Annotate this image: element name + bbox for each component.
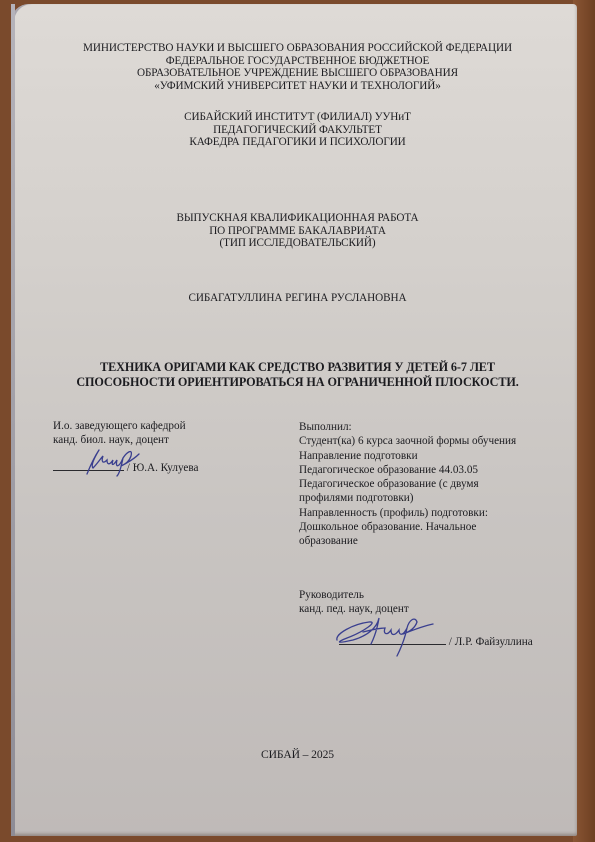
institute-line: КАФЕДРА ПЕДАГОГИКИ И ПСИХОЛОГИИ [0,136,595,149]
institute-line: СИБАЙСКИЙ ИНСТИТУТ (ФИЛИАЛ) УУНиТ [0,111,595,124]
supervisor-position: Руководитель [299,589,579,603]
head-of-department-block: И.о. заведующего кафедрой канд. биол. на… [53,420,303,476]
work-type: ВЫПУСКНАЯ КВАЛИФИКАЦИОННАЯ РАБОТА ПО ПРО… [0,212,595,250]
ministry-line: МИНИСТЕРСТВО НАУКИ И ВЫСШЕГО ОБРАЗОВАНИЯ… [0,42,595,55]
work-type-line: ВЫПУСКНАЯ КВАЛИФИКАЦИОННАЯ РАБОТА [0,212,595,225]
signature-line [53,458,124,471]
ministry-line: ОБРАЗОВАТЕЛЬНОЕ УЧРЕЖДЕНИЕ ВЫСШЕГО ОБРАЗ… [0,67,595,80]
institute-header: СИБАЙСКИЙ ИНСТИТУТ (ФИЛИАЛ) УУНиТ ПЕДАГО… [0,111,595,149]
thesis-title-line: СПОСОБНОСТИ ОРИЕНТИРОВАТЬСЯ НА ОГРАНИЧЕН… [0,375,595,390]
signature-line [339,632,446,645]
performed-by-block: Выполнил: Студент(ка) 6 курса заочной фо… [299,420,569,549]
city-year: СИБАЙ – 2025 [0,749,595,762]
document-page: МИНИСТЕРСТВО НАУКИ И ВЫСШЕГО ОБРАЗОВАНИЯ… [11,4,577,836]
head-position: И.о. заведующего кафедрой [53,420,303,434]
supervisor-signature-row: / Л.Р. Файзуллина [299,632,579,650]
thesis-title-line: ТЕХНИКА ОРИГАМИ КАК СРЕДСТВО РАЗВИТИЯ У … [0,360,595,375]
performed-by-line: Направление подготовки [299,449,569,463]
thesis-title: ТЕХНИКА ОРИГАМИ КАК СРЕДСТВО РАЗВИТИЯ У … [0,360,595,389]
institute-line: ПЕДАГОГИЧЕСКИЙ ФАКУЛЬТЕТ [0,124,595,137]
performed-by-line: образование [299,534,569,548]
supervisor-name: / Л.Р. Файзуллина [449,636,533,648]
performed-by-line: Педагогическое образование 44.03.05 [299,463,569,477]
work-type-line: (ТИП ИССЛЕДОВАТЕЛЬСКИЙ) [0,237,595,250]
ministry-header: МИНИСТЕРСТВО НАУКИ И ВЫСШЕГО ОБРАЗОВАНИЯ… [0,42,595,92]
head-name: / Ю.А. Кулуева [127,462,199,474]
performed-by-line: Педагогическое образование (с двумя [299,477,569,491]
performed-by-line: Студент(ка) 6 курса заочной формы обучен… [299,434,569,448]
performed-by-line: Направленность (профиль) подготовки: [299,506,569,520]
head-signature-row: / Ю.А. Кулуева [53,458,303,476]
ministry-line: «УФИМСКИЙ УНИВЕРСИТЕТ НАУКИ И ТЕХНОЛОГИЙ… [0,80,595,93]
work-type-line: ПО ПРОГРАММЕ БАКАЛАВРИАТА [0,225,595,238]
author-name: СИБАГАТУЛЛИНА РЕГИНА РУСЛАНОВНА [0,292,595,305]
ministry-line: ФЕДЕРАЛЬНОЕ ГОСУДАРСТВЕННОЕ БЮДЖЕТНОЕ [0,55,595,68]
supervisor-degree: канд. пед. наук, доцент [299,603,579,617]
supervisor-block: Руководитель канд. пед. наук, доцент / Л… [299,589,579,650]
performed-by-line: Выполнил: [299,420,569,434]
performed-by-line: профилями подготовки) [299,491,569,505]
performed-by-line: Дошкольное образование. Начальное [299,520,569,534]
head-degree: канд. биол. наук, доцент [53,434,303,448]
